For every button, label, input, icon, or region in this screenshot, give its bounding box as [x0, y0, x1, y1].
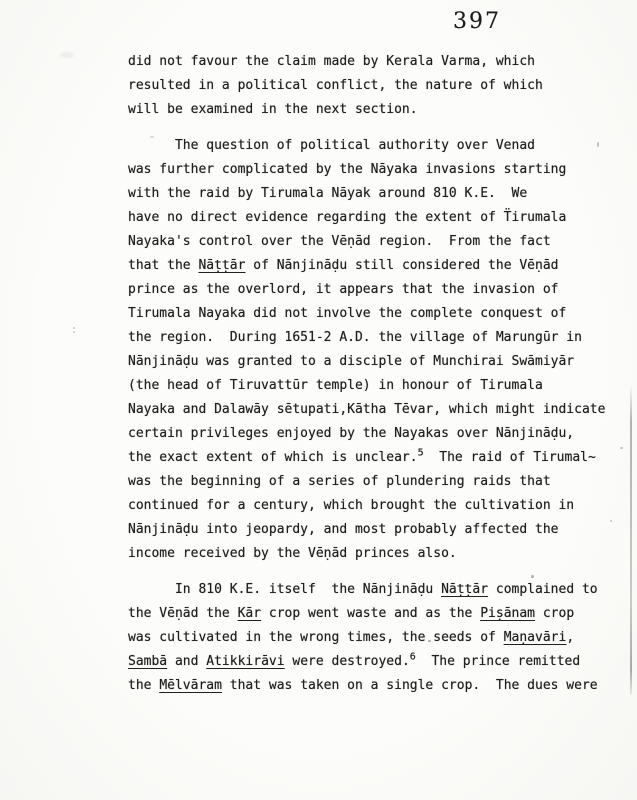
text-line: was the beginning of a series of plunder… — [128, 470, 618, 494]
text-line: Nānjināḍu into jeopardy, and most probab… — [128, 518, 618, 542]
text-run: income received by the Vēṇād princes als… — [128, 546, 457, 561]
text-line: that the Nāṭṭār of Nānjināḍu still consi… — [128, 254, 618, 278]
scan-smudge — [60, 52, 74, 58]
text-line: the exact extent of which is unclear.5 T… — [128, 446, 618, 470]
text-run: The question of political authority over… — [128, 138, 535, 153]
text-run: will be examined in the next section. — [128, 102, 418, 117]
text-line: Nayaka's control over the Vēṇād region. … — [128, 230, 618, 254]
text-run: was cultivated in the wrong times, the s… — [128, 630, 504, 645]
text-run: Nayaka's control over the Vēṇād region. … — [128, 234, 551, 249]
text-line: Nayaka and Dalawāy sētupati,Kātha Tēvar,… — [128, 398, 618, 422]
text-run: the — [128, 678, 159, 693]
text-run: of Nānjināḍu still considered the Vēṇād — [245, 258, 558, 273]
text-line: The question of political authority over… — [128, 134, 618, 158]
scan-speck — [428, 640, 431, 642]
text-line: the Mēlvāram that was taken on a single … — [128, 674, 618, 698]
scan-speck — [531, 575, 534, 578]
text-run: and — [167, 654, 206, 669]
text-line: resulted in a political conflict, the na… — [128, 74, 618, 98]
underlined-term: Atikkirāvi — [206, 654, 284, 669]
underlined-term: Nāṭṭār — [441, 582, 488, 597]
text-line: the Vēṇād the Kār crop went waste and as… — [128, 602, 618, 626]
text-run: Nānjināḍu into jeopardy, and most probab… — [128, 522, 558, 537]
text-run: the region. During 1651-2 A.D. the villa… — [128, 330, 582, 345]
text-run: were destroyed. — [285, 654, 410, 669]
text-line: Nānjināḍu was granted to a disciple of M… — [128, 350, 618, 374]
text-run: Tirumala Nayaka did not involve the comp… — [128, 306, 566, 321]
text-line: prince as the overlord, it appears that … — [128, 278, 618, 302]
text-run: that the — [128, 258, 198, 273]
text-run: prince as the overlord, it appears that … — [128, 282, 558, 297]
text-run: was further complicated by the Nāyaka in… — [128, 162, 566, 177]
text-run: continued for a century, which brought t… — [128, 498, 574, 513]
text-run: In 810 K.E. itself the Nānjināḍu — [128, 582, 441, 597]
paragraph: did not favour the claim made by Kerala … — [128, 50, 618, 122]
underlined-term: Mēlvāram — [159, 678, 222, 693]
text-line: was cultivated in the wrong times, the s… — [128, 626, 618, 650]
scanned-document-page: 397 did not favour the claim made by Ker… — [0, 0, 637, 800]
paragraph: The question of political authority over… — [128, 134, 618, 566]
text-line: (the head of Tiruvattūr temple) in honou… — [128, 374, 618, 398]
document-text-block: did not favour the claim made by Kerala … — [128, 50, 618, 698]
text-run: complained to — [488, 582, 598, 597]
underlined-term: Kār — [238, 606, 261, 621]
scan-speck — [150, 136, 154, 138]
text-line: the region. During 1651-2 A.D. the villa… — [128, 326, 618, 350]
text-line: will be examined in the next section. — [128, 98, 618, 122]
text-run: crop — [535, 606, 574, 621]
scan-speck — [620, 447, 623, 449]
underlined-term: Sambā — [128, 654, 167, 669]
scan-edge-line — [630, 385, 632, 695]
text-run: have no direct evidence regarding the ex… — [128, 210, 566, 225]
text-run: certain privileges enjoyed by the Nayaka… — [128, 426, 574, 441]
text-line: did not favour the claim made by Kerala … — [128, 50, 618, 74]
text-run: The prince remitted — [416, 654, 580, 669]
text-line: was further complicated by the Nāyaka in… — [128, 158, 618, 182]
text-line: with the raid by Tirumala Nāyak around 8… — [128, 182, 618, 206]
text-line: certain privileges enjoyed by the Nayaka… — [128, 422, 618, 446]
text-run: Nānjināḍu was granted to a disciple of M… — [128, 354, 574, 369]
underlined-term: Nāṭṭār — [198, 258, 245, 273]
underlined-term: Maṇavāri — [504, 630, 567, 645]
text-run: crop went waste and as the — [261, 606, 480, 621]
text-line: income received by the Vēṇād princes als… — [128, 542, 618, 566]
scan-speck — [597, 142, 599, 147]
text-line: Tirumala Nayaka did not involve the comp… — [128, 302, 618, 326]
text-run: with the raid by Tirumala Nāyak around 8… — [128, 186, 527, 201]
text-run: , — [566, 630, 574, 645]
page-number: 397 — [453, 9, 501, 34]
text-run: resulted in a political conflict, the na… — [128, 78, 543, 93]
text-run: (the head of Tiruvattūr temple) in honou… — [128, 378, 543, 393]
paragraph: In 810 K.E. itself the Nānjināḍu Nāṭṭār … — [128, 578, 618, 698]
text-run: Nayaka and Dalawāy sētupati,Kātha Tēvar,… — [128, 402, 605, 417]
text-line: Sambā and Atikkirāvi were destroyed.6 Th… — [128, 650, 618, 674]
text-run: The raid of Tirumal~ — [424, 450, 596, 465]
text-run: did not favour the claim made by Kerala … — [128, 54, 535, 69]
text-line: In 810 K.E. itself the Nānjināḍu Nāṭṭār … — [128, 578, 618, 602]
scan-speck — [610, 520, 612, 522]
text-run: the exact extent of which is unclear. — [128, 450, 418, 465]
scan-speck — [73, 327, 75, 329]
underlined-term: Piṣānam — [480, 606, 535, 621]
text-run: was the beginning of a series of plunder… — [128, 474, 551, 489]
text-run: that was taken on a single crop. The due… — [222, 678, 598, 693]
text-line: continued for a century, which brought t… — [128, 494, 618, 518]
text-run: the Vēṇād the — [128, 606, 238, 621]
text-line: have no direct evidence regarding the ex… — [128, 206, 618, 230]
